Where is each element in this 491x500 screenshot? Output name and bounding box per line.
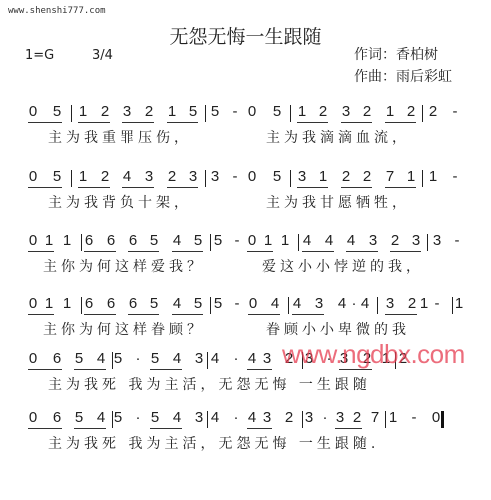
key-signature: 1=G xyxy=(25,48,54,63)
score-row-2: 051243233- 053122711- 主为我背负十架， 主为我甘愿牺牲， xyxy=(0,168,491,228)
beam-line xyxy=(167,122,198,123)
final-barline xyxy=(441,411,444,428)
beam-line xyxy=(84,251,116,252)
note: 2 xyxy=(318,103,328,120)
lyrics-right: 主为我滴滴血流， xyxy=(266,127,410,147)
beam-line xyxy=(172,314,203,315)
beam-line xyxy=(385,314,417,315)
note: 4 xyxy=(210,409,220,426)
beam-line xyxy=(84,314,116,315)
note: 4 xyxy=(172,232,182,249)
note: - xyxy=(452,232,462,249)
note: - xyxy=(450,103,460,120)
note: 4 xyxy=(324,232,334,249)
beam-line xyxy=(28,369,62,370)
note: 5 xyxy=(210,103,220,120)
note: 4 xyxy=(337,295,347,312)
beam-line xyxy=(28,251,54,252)
note: 6 xyxy=(52,409,62,426)
beam-line xyxy=(28,122,62,123)
note: 1 xyxy=(385,103,395,120)
note: 5 xyxy=(213,295,223,312)
note: 3 xyxy=(262,350,272,367)
beam-line xyxy=(385,122,416,123)
note: 4 xyxy=(172,295,182,312)
lyrics: 主为我死 我为主活，无怨无悔 一生跟随 xyxy=(48,374,371,394)
note: 1 xyxy=(62,232,72,249)
barline xyxy=(452,297,453,314)
beam-line xyxy=(78,122,110,123)
note: · xyxy=(349,295,359,312)
note: 2 xyxy=(407,295,417,312)
note: 4 xyxy=(210,350,220,367)
beam-line xyxy=(28,314,54,315)
note: 1 xyxy=(297,103,307,120)
note: 1 xyxy=(167,103,177,120)
barline xyxy=(290,105,291,122)
note: 5 xyxy=(74,350,84,367)
barline xyxy=(205,170,206,187)
note: 0 xyxy=(28,103,38,120)
note: · xyxy=(133,350,143,367)
note: 0 xyxy=(248,295,258,312)
note: - xyxy=(230,103,240,120)
note: 1 xyxy=(44,232,54,249)
note: 2 xyxy=(428,103,438,120)
note: 2 xyxy=(144,103,154,120)
note: 4 xyxy=(346,232,356,249)
note: - xyxy=(232,232,242,249)
beam-line xyxy=(346,251,378,252)
composer-credit: 作曲：雨后彩虹 xyxy=(354,66,452,86)
note: 1 xyxy=(406,168,416,185)
beam-line xyxy=(248,314,280,315)
note: 5 xyxy=(113,409,123,426)
note: 3 xyxy=(210,168,220,185)
barline xyxy=(298,234,299,251)
note: · xyxy=(320,409,330,426)
note: 0 xyxy=(28,409,38,426)
note: 3 xyxy=(432,232,442,249)
beam-line xyxy=(335,428,362,429)
note: 2 xyxy=(362,168,372,185)
barline xyxy=(290,170,291,187)
score-row-3: 0116665455- 0114443233- 主你为何这样爱我？ 爱这小小悖逆… xyxy=(0,232,491,292)
beam-line xyxy=(28,428,62,429)
note: - xyxy=(230,168,240,185)
note: 5 xyxy=(149,232,159,249)
beam-line xyxy=(390,251,421,252)
note: 4 xyxy=(292,295,302,312)
note: 1 xyxy=(263,232,273,249)
note: 3 xyxy=(297,168,307,185)
note: 5 xyxy=(113,350,123,367)
note: 3 xyxy=(144,168,154,185)
note: 1 xyxy=(388,409,398,426)
beam-line xyxy=(128,251,159,252)
note: 3 xyxy=(194,409,204,426)
note: 4 xyxy=(172,409,182,426)
barline xyxy=(205,105,206,122)
barline xyxy=(210,234,211,251)
lyricist-credit: 作词：香柏树 xyxy=(354,44,438,64)
note: 4 xyxy=(302,232,312,249)
barline xyxy=(207,411,208,428)
note: · xyxy=(231,350,241,367)
note: 0 xyxy=(431,409,441,426)
note: 3 xyxy=(341,103,351,120)
beam-line xyxy=(341,122,372,123)
lyrics-left: 主为我重罪压伤， xyxy=(48,127,192,147)
note: 5 xyxy=(272,103,282,120)
note: 7 xyxy=(370,409,380,426)
note: 4 xyxy=(172,350,182,367)
note: 1 xyxy=(454,295,464,312)
barline xyxy=(422,105,423,122)
note: 3 xyxy=(122,103,132,120)
beam-line xyxy=(247,251,273,252)
lyrics-left: 主为我背负十架， xyxy=(48,192,192,212)
note: 2 xyxy=(100,103,110,120)
note: 3 xyxy=(188,168,198,185)
note: 6 xyxy=(84,232,94,249)
beam-line xyxy=(297,187,328,188)
note: 4 xyxy=(360,295,370,312)
note: 4 xyxy=(122,168,132,185)
beam-line xyxy=(297,122,328,123)
note: 1 xyxy=(78,103,88,120)
lyrics: 主为我死 我为主活，无怨无悔 一生跟随. xyxy=(48,433,379,453)
barline xyxy=(385,411,386,428)
note: 2 xyxy=(341,168,351,185)
note: 2 xyxy=(167,168,177,185)
note: 5 xyxy=(188,103,198,120)
note: - xyxy=(450,168,460,185)
beam-line xyxy=(150,428,182,429)
note: 5 xyxy=(213,232,223,249)
beam-line xyxy=(74,369,106,370)
site-url: www.shenshi777.com xyxy=(8,6,106,16)
note: 0 xyxy=(247,232,257,249)
note: 6 xyxy=(52,350,62,367)
note: 1 xyxy=(318,168,328,185)
note: 1 xyxy=(62,295,72,312)
note: 5 xyxy=(150,350,160,367)
note: 3 xyxy=(335,409,345,426)
note: · xyxy=(133,409,143,426)
beam-line xyxy=(150,369,182,370)
note: 4 xyxy=(96,350,106,367)
note: 2 xyxy=(352,409,362,426)
barline xyxy=(427,234,428,251)
note: 1 xyxy=(419,295,429,312)
note: - xyxy=(409,409,419,426)
note: 5 xyxy=(193,295,203,312)
barline xyxy=(71,170,72,187)
beam-line xyxy=(172,251,203,252)
note: 4 xyxy=(247,350,257,367)
note: 2 xyxy=(390,232,400,249)
note: 6 xyxy=(84,295,94,312)
beam-line xyxy=(302,251,334,252)
beam-line xyxy=(78,187,110,188)
note: 2 xyxy=(284,409,294,426)
note: 6 xyxy=(106,295,116,312)
note: 6 xyxy=(128,295,138,312)
barline xyxy=(71,105,72,122)
lyrics-right: 眷顾小小卑微的我 xyxy=(266,319,410,339)
note: 0 xyxy=(28,168,38,185)
beam-line xyxy=(128,314,159,315)
score-row-1: 051232155- 051232122- 主为我重罪压伤， 主为我滴滴血流， xyxy=(0,103,491,163)
barline xyxy=(81,297,82,314)
note: 6 xyxy=(106,232,116,249)
barline xyxy=(207,352,208,369)
beam-line xyxy=(385,187,416,188)
note: 0 xyxy=(247,103,257,120)
beam-line xyxy=(341,187,372,188)
note: 5 xyxy=(52,103,62,120)
beam-line xyxy=(292,314,324,315)
barline xyxy=(210,297,211,314)
note: 4 xyxy=(96,409,106,426)
watermark: www.ngdbx.com xyxy=(282,339,465,370)
beam-line xyxy=(247,369,272,370)
note: 5 xyxy=(149,295,159,312)
note: - xyxy=(232,295,242,312)
note: 3 xyxy=(368,232,378,249)
barline xyxy=(81,234,82,251)
barline xyxy=(377,297,378,314)
note: 5 xyxy=(150,409,160,426)
note: 2 xyxy=(406,103,416,120)
note: 0 xyxy=(247,168,257,185)
note: 1 xyxy=(78,168,88,185)
note: 0 xyxy=(28,232,38,249)
beam-line xyxy=(247,428,272,429)
beam-line xyxy=(28,187,62,188)
note: 5 xyxy=(193,232,203,249)
beam-line xyxy=(167,187,198,188)
lyrics-left: 主你为何这样爱我？ xyxy=(43,256,205,276)
note: 1 xyxy=(280,232,290,249)
note: 5 xyxy=(74,409,84,426)
beam-line xyxy=(122,187,154,188)
note: 0 xyxy=(28,295,38,312)
note: 5 xyxy=(272,168,282,185)
barline xyxy=(422,170,423,187)
note: 5 xyxy=(52,168,62,185)
note: 1 xyxy=(428,168,438,185)
beam-line xyxy=(122,122,154,123)
note: 2 xyxy=(100,168,110,185)
note: 6 xyxy=(128,232,138,249)
lyrics-left: 主你为何这样眷顾？ xyxy=(43,319,205,339)
note: 4 xyxy=(270,295,280,312)
note: 0 xyxy=(28,350,38,367)
note: 1 xyxy=(44,295,54,312)
note: · xyxy=(231,409,241,426)
barline xyxy=(288,297,289,314)
note: 7 xyxy=(385,168,395,185)
note: 3 xyxy=(262,409,272,426)
note: 3 xyxy=(314,295,324,312)
lyrics-right: 主为我甘愿牺牲， xyxy=(266,192,410,212)
barline xyxy=(302,411,303,428)
note: 3 xyxy=(411,232,421,249)
time-signature: 3/4 xyxy=(92,48,113,63)
beam-line xyxy=(74,428,106,429)
note: 2 xyxy=(362,103,372,120)
note: 3 xyxy=(304,409,314,426)
note: 3 xyxy=(194,350,204,367)
note: 4 xyxy=(247,409,257,426)
lyrics-right: 爱这小小悖逆的我， xyxy=(262,256,424,276)
score-row-6: 06545·5434·4323·3271-0 主为我死 我为主活，无怨无悔 一生… xyxy=(0,409,491,469)
note: 3 xyxy=(385,295,395,312)
note: - xyxy=(432,295,442,312)
